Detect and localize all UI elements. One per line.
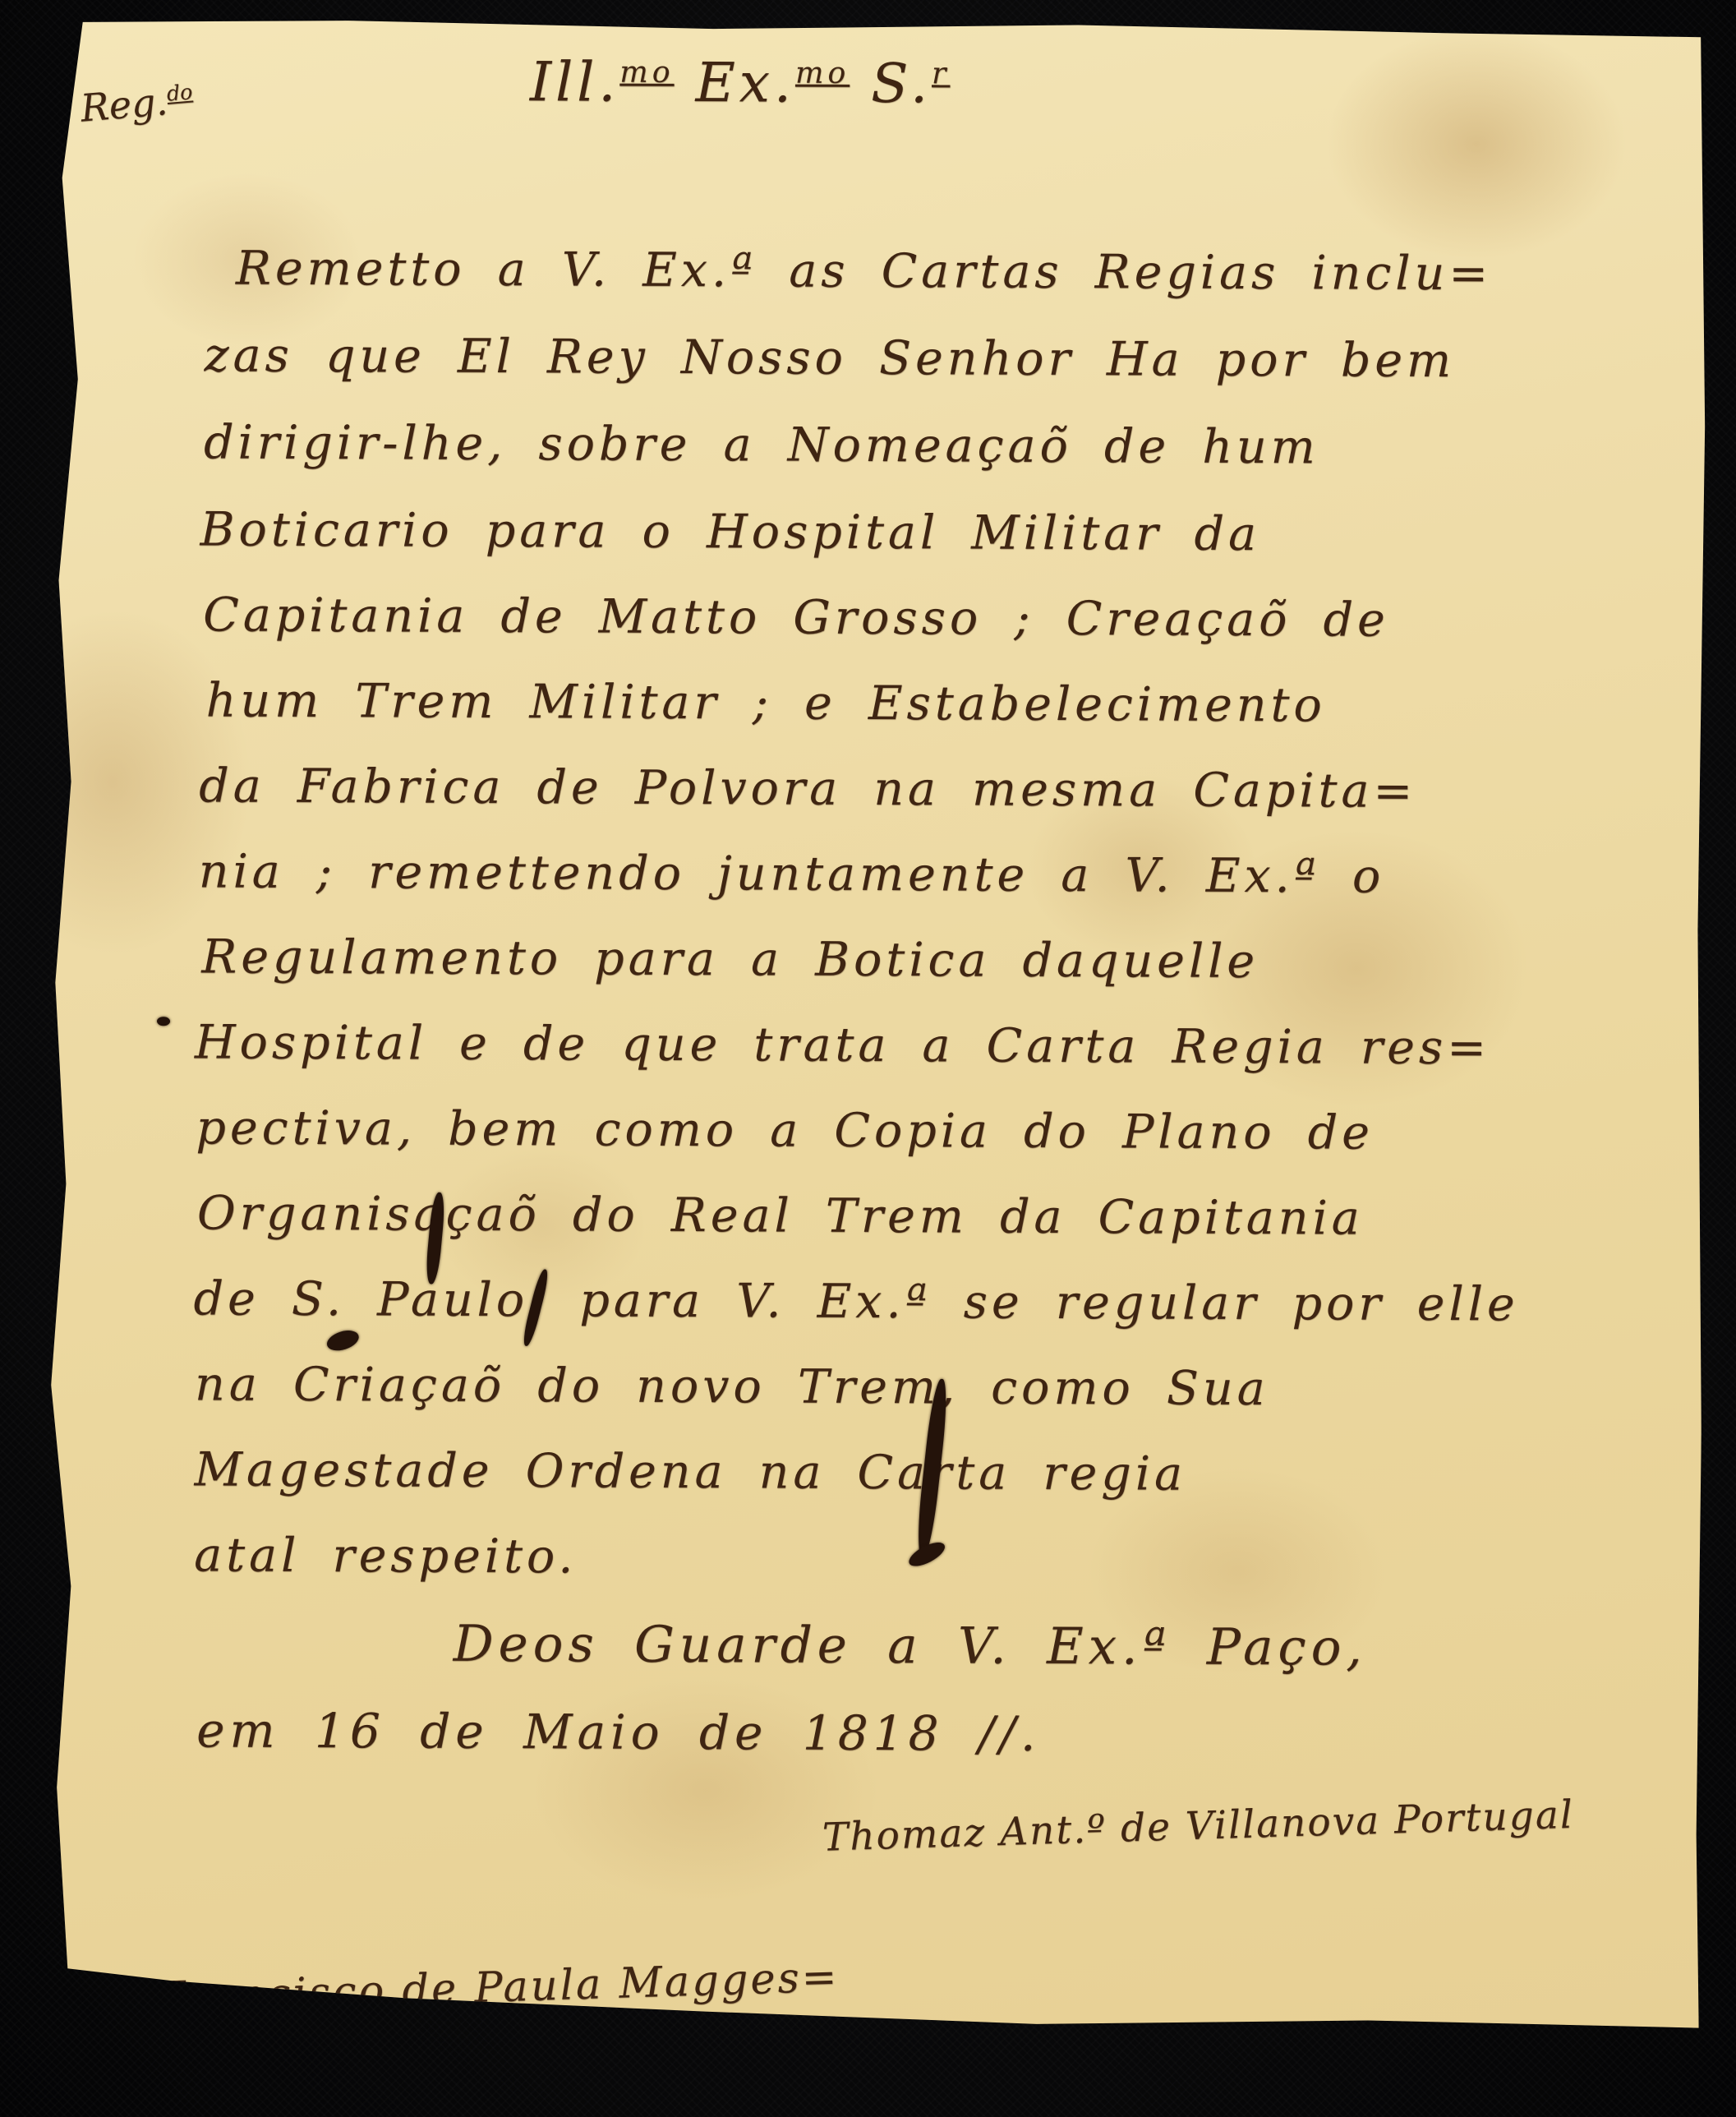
closing-line: Deos Guarde a V. Ex.ª Paço,	[454, 1615, 1367, 1677]
salutation-sup1: mo	[619, 54, 674, 90]
black-backdrop: Reg.do Ill.mo Ex.mo S.r Remetto a V. Ex.…	[0, 0, 1736, 2117]
manuscript-line: Capitania de Matto Grosso ; Creaçaõ de	[203, 588, 1389, 647]
manuscript-line: Regulamento para a Botica daquelle	[201, 929, 1259, 989]
manuscript-line: Remetto a V. Ex.ª as Cartas Regias inclu…	[236, 242, 1492, 302]
registration-note-superscript: do	[166, 80, 194, 106]
salutation-part2: Ex.	[695, 51, 795, 115]
date-line: em 16 de Maio de 1818 //.	[196, 1702, 1041, 1761]
salutation-part1: Ill.	[530, 50, 620, 113]
paper-sheet: Reg.do Ill.mo Ex.mo S.r Remetto a V. Ex.…	[41, 17, 1710, 2036]
addressee-line: S.r Francisco de Paula Magges=	[71, 1953, 840, 2025]
registration-note-base: Reg.	[79, 79, 169, 131]
manuscript-line: zas que El Rey Nosso Senhor Ha por bem	[204, 328, 1455, 388]
manuscript-line: Organisaçaõ do Real Trem da Capitania	[197, 1186, 1364, 1245]
registration-note: Reg.do	[79, 76, 195, 130]
salutation-line: Ill.mo Ex.mo S.r	[530, 50, 951, 115]
manuscript-line: nia ; remettendo juntamente a V. Ex.ª o	[199, 844, 1385, 903]
manuscript-line: Magestade Ordena na Carta regia	[194, 1442, 1186, 1501]
manuscript-line: na Criaçaõ do novo Trem, como Sua	[195, 1357, 1269, 1416]
salutation-sup3: r	[932, 55, 951, 90]
manuscript-line: da Fabrica de Polvora na mesma Capita=	[199, 759, 1416, 818]
manuscript-line: Hospital e de que trata a Carta Regia re…	[195, 1015, 1490, 1075]
ink-blot	[157, 1017, 170, 1026]
salutation-part3: S.	[871, 52, 932, 115]
manuscript-line: atal respeito.	[194, 1528, 578, 1584]
salutation-sup2: mo	[795, 55, 850, 90]
signature: Thomaz Ant.º de Villanova Portugal	[822, 1792, 1574, 1861]
ink-blot	[325, 1327, 361, 1354]
manuscript-line: dirigir-lhe, sobre a Nomeaçaõ de hum	[204, 415, 1319, 474]
manuscript-line: Boticario para o Hospital Militar da	[200, 502, 1260, 561]
addressee-line: si Tavares de Carvalho.	[163, 2019, 735, 2080]
manuscript-line: hum Trem Militar ; e Estabelecimento	[206, 673, 1326, 732]
manuscript-line: de S. Paulo, para V. Ex.ª se regular por…	[193, 1271, 1518, 1331]
manuscript-line: pectiva, bem como a Copia do Plano de	[196, 1100, 1374, 1160]
